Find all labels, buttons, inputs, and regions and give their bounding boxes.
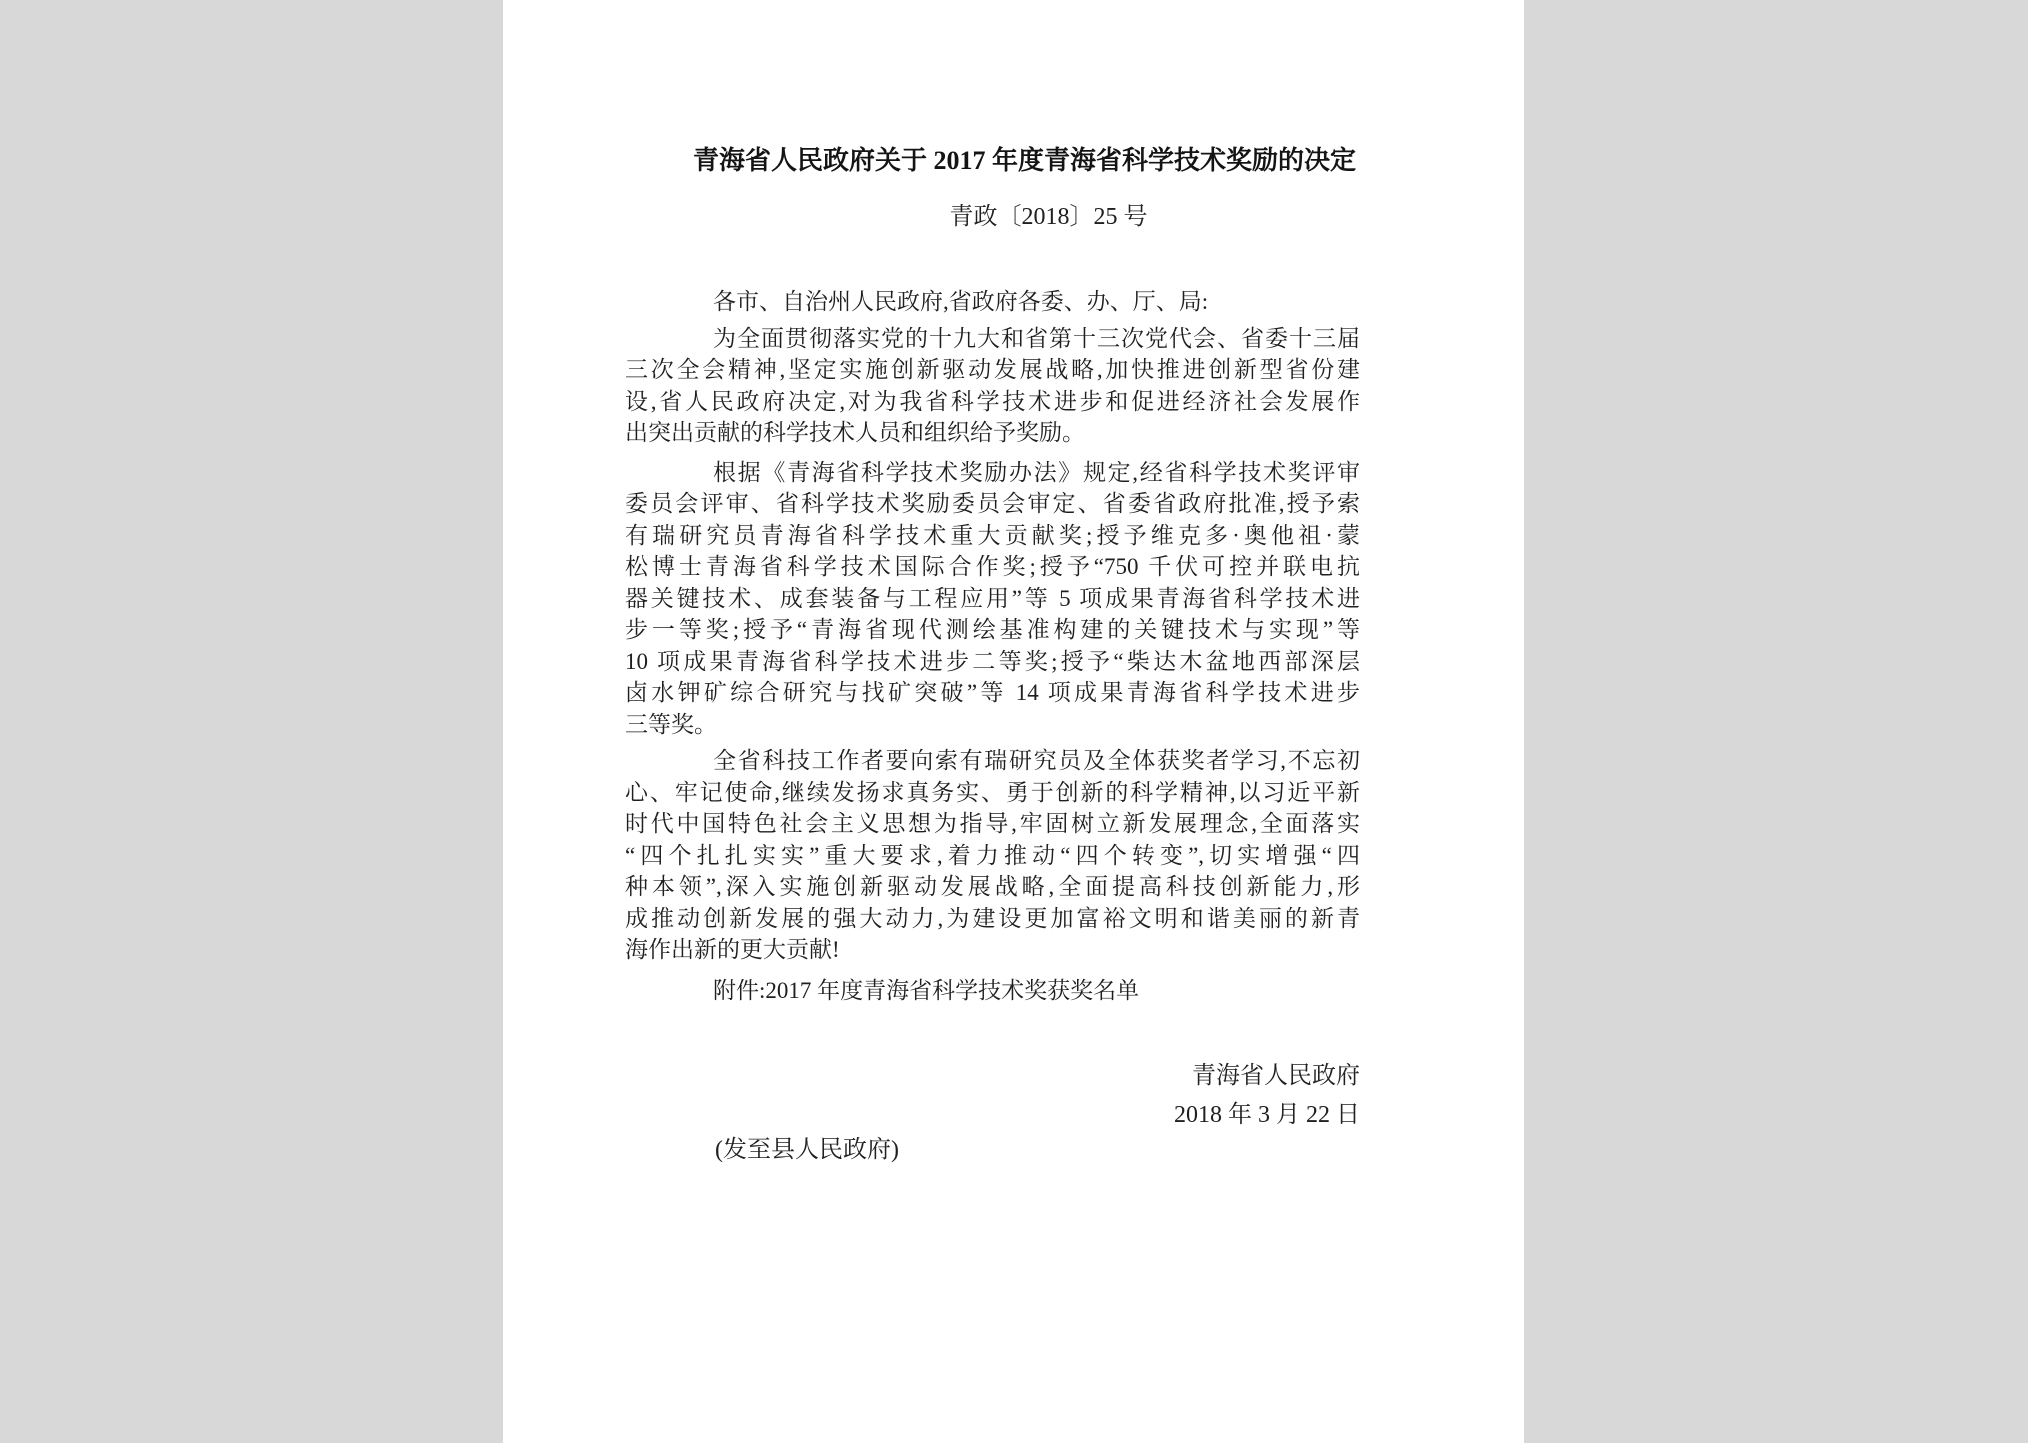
body-line: 各市、自治州人民政府,省政府各委、办、厅、局: (625, 286, 1360, 318)
body-line: 有瑞研究员青海省科学技术重大贡献奖;授予维克多·奥他祖·蒙 (625, 520, 1360, 552)
screen: 青海省人民政府关于 2017 年度青海省科学技术奖励的决定 青政〔2018〕25… (0, 0, 2028, 1443)
body-line: 器关键技术、成套装备与工程应用”等 5 项成果青海省科学技术进 (625, 583, 1360, 615)
body-line: 成推动创新发展的强大动力,为建设更加富裕文明和谐美丽的新青 (625, 903, 1360, 935)
body-line: “四个扎扎实实”重大要求,着力推动“四个转变”,切实增强“四 (625, 840, 1360, 872)
distribution-note: (发至县人民政府) (625, 1135, 1360, 1166)
body-line: 时代中国特色社会主义思想为指导,牢固树立新发展理念,全面落实 (625, 808, 1360, 840)
body-line: 卤水钾矿综合研究与找矿突破”等 14 项成果青海省科学技术进步 (625, 677, 1360, 709)
paragraph-para-2: 根据《青海省科学技术奖励办法》规定,经省科学技术奖评审委员会评审、省科学技术奖励… (625, 457, 1360, 741)
document-page: 青海省人民政府关于 2017 年度青海省科学技术奖励的决定 青政〔2018〕25… (503, 0, 1524, 1443)
body-line: 附件:2017 年度青海省科学技术奖获奖名单 (625, 975, 1360, 1007)
body-line: 松博士青海省科学技术国际合作奖;授予“750 千伏可控并联电抗 (625, 551, 1360, 583)
body-line: 三等奖。 (625, 709, 1360, 741)
body-line: 10 项成果青海省科学技术进步二等奖;授予“柴达木盆地西部深层 (625, 646, 1360, 678)
body-line: 设,省人民政府决定,对为我省科学技术进步和促进经济社会发展作 (625, 386, 1360, 418)
signature-block: 青海省人民政府 2018 年 3 月 22 日 (625, 1057, 1360, 1135)
body-line: 海作出新的更大贡献! (625, 934, 1360, 966)
body-line: 为全面贯彻落实党的十九大和省第十三次党代会、省委十三届 (625, 323, 1360, 355)
body-line: 心、牢记使命,继续发扬求真务实、勇于创新的科学精神,以习近平新 (625, 777, 1360, 809)
signature-issuer: 青海省人民政府 (625, 1057, 1360, 1096)
paragraph-salutation: 各市、自治州人民政府,省政府各委、办、厅、局: (625, 286, 1360, 318)
body-line: 种本领”,深入实施创新驱动发展战略,全面提高科技创新能力,形 (625, 871, 1360, 903)
document-content: 青海省人民政府关于 2017 年度青海省科学技术奖励的决定 青政〔2018〕25… (625, 0, 1360, 1166)
body-line: 根据《青海省科学技术奖励办法》规定,经省科学技术奖评审 (625, 457, 1360, 489)
paragraph-attachment: 附件:2017 年度青海省科学技术奖获奖名单 (625, 975, 1360, 1007)
document-body: 各市、自治州人民政府,省政府各委、办、厅、局:为全面贯彻落实党的十九大和省第十三… (625, 286, 1360, 1006)
paragraph-para-3: 全省科技工作者要向索有瑞研究员及全体获奖者学习,不忘初心、牢记使命,继续发扬求真… (625, 745, 1360, 966)
body-line: 全省科技工作者要向索有瑞研究员及全体获奖者学习,不忘初 (625, 745, 1360, 777)
signature-date: 2018 年 3 月 22 日 (625, 1096, 1360, 1135)
paragraph-para-1: 为全面贯彻落实党的十九大和省第十三次党代会、省委十三届三次全会精神,坚定实施创新… (625, 323, 1360, 449)
body-line: 三次全会精神,坚定实施创新驱动发展战略,加快推进创新型省份建 (625, 354, 1360, 386)
document-number: 青政〔2018〕25 号 (681, 202, 1416, 232)
body-line: 出突出贡献的科学技术人员和组织给予奖励。 (625, 417, 1360, 449)
body-line: 委员会评审、省科学技术奖励委员会审定、省委省政府批准,授予索 (625, 488, 1360, 520)
document-title: 青海省人民政府关于 2017 年度青海省科学技术奖励的决定 (657, 0, 1392, 176)
body-line: 步一等奖;授予“青海省现代测绘基准构建的关键技术与实现”等 (625, 614, 1360, 646)
